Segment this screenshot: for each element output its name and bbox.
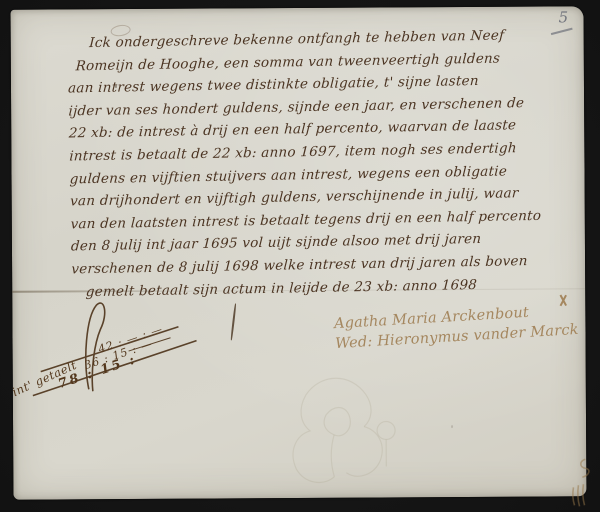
ink-speck — [451, 425, 453, 428]
edge-mark-s — [581, 459, 589, 477]
pen-flourish-stroke — [230, 303, 236, 340]
signature-block: Agatha Maria Arckenbout Wed: Hieronymus … — [333, 300, 579, 354]
paper-watermark — [246, 364, 427, 505]
signature-cross-flourish — [557, 294, 569, 306]
handwritten-body: Ick ondergeschreve bekenne ontfangh te h… — [67, 23, 572, 303]
scan-background: 5 Ick ondergeschreve bekenne ontfangh te… — [0, 0, 600, 512]
manuscript-page: 5 Ick ondergeschreve bekenne ontfangh te… — [11, 6, 587, 499]
sum-annotation: 42 : — : — 36 : 15 : — 78 : 15 : int' ge… — [12, 298, 223, 419]
edge-ink-marks — [551, 451, 593, 509]
